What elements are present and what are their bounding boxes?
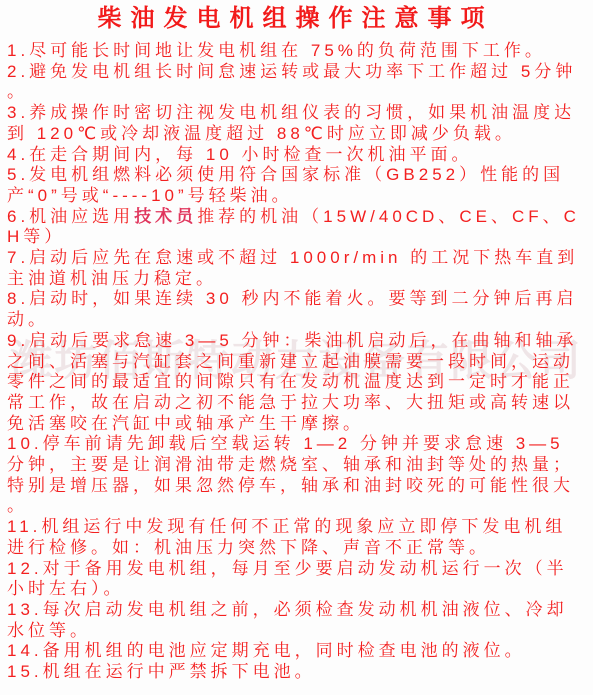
notice-item: 3.养成操作时密切注视发电机组仪表的习惯，如果机油温度达到 120℃或冷却液温度… [7, 103, 584, 144]
notice-item: 7.启动后应先在怠速或不超过 1000r/min 的工况下热车直到主油道机油压力… [7, 248, 584, 289]
notice-item: 2.避免发电机组长时间怠速运转或最大功率下工作超过 5分钟。 [7, 62, 584, 103]
technician-keyword-link[interactable]: 技术员 [134, 207, 197, 226]
notice-item: 11.机组运行中发现有任何不正常的现象应立即停下发电机组进行检修。如：机油压力突… [7, 517, 584, 558]
notice-item: 1.尽可能长时间地让发电机组在 75%的负荷范围下工作。 [7, 41, 584, 62]
notice-item: 12.对于备用发电机组，每月至少要启动发动机运行一次（半小时左右）。 [7, 559, 584, 600]
notice-page: 潍坊佰斯特动力设备有限公司 柴油发电机组操作注意事项 1.尽可能长时间地让发电机… [0, 0, 593, 695]
notice-item: 5.发电机组燃料必须使用符合国家标准（GB252）性能的国产“0”号或“----… [7, 165, 584, 206]
notice-item: 8.启动时，如果连续 30 秒内不能着火。要等到二分钟后再启动。 [7, 289, 584, 330]
notice-content: 柴油发电机组操作注意事项 1.尽可能长时间地让发电机组在 75%的负荷范围下工作… [0, 0, 593, 683]
item-text: 6.机油应选用 [7, 207, 134, 226]
notice-item: 4.在走合期间内，每 10 小时检查一次机油平面。 [7, 145, 584, 166]
notice-item: 13.每次启动发电机组之前，必须检查发动机机油液位、冷却水位等。 [7, 600, 584, 641]
notice-item: 9.启动后要求怠速 3—5 分钟：柴油机启动后，在曲轴和轴承之间、活塞与汽缸套之… [7, 331, 584, 435]
notice-item: 10.停车前请先卸载后空载运转 1—2 分钟并要求怠速 3—5分钟，主要是让润滑… [7, 434, 584, 517]
page-title: 柴油发电机组操作注意事项 [7, 4, 584, 34]
notice-item: 15.机组在运行中严禁拆下电池。 [7, 662, 584, 683]
notice-item: 6.机油应选用技术员推荐的机油（15W/40CD、CE、CF、CH等） [7, 207, 584, 248]
notice-list: 1.尽可能长时间地让发电机组在 75%的负荷范围下工作。2.避免发电机组长时间怠… [7, 41, 584, 683]
notice-item: 14.备用机组的电池应定期充电，同时检查电池的液位。 [7, 641, 584, 662]
